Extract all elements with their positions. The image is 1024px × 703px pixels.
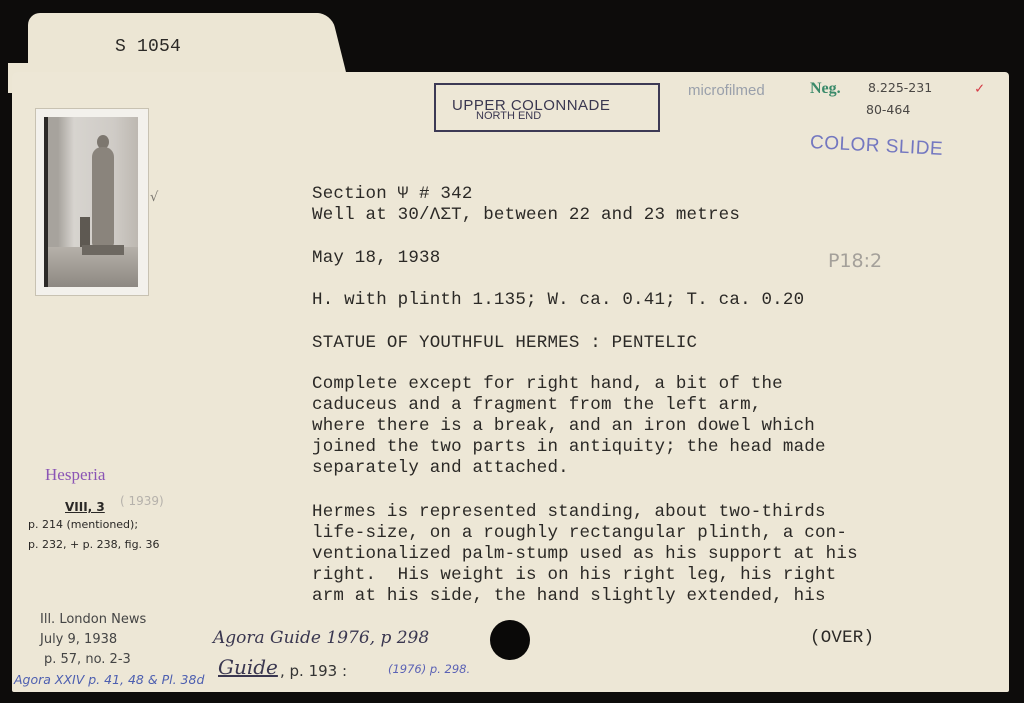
- date-line: May 18, 1938: [312, 248, 440, 269]
- findspot-line: Well at 30/ΛΣΤ, between 22 and 23 metres: [312, 205, 740, 226]
- condition-line: Complete except for right hand, a bit of…: [312, 374, 783, 395]
- photo-image: [44, 117, 138, 287]
- hesperia-stamp: Hesperia: [45, 465, 105, 485]
- agora-xxiv-reference: Agora XXIV p. 41, 48 & Pl. 38d: [14, 672, 204, 687]
- pencil-reference: P18:2: [828, 250, 882, 272]
- guide-page: , p. 193 :: [280, 662, 347, 680]
- check-icon: ✓: [975, 79, 984, 98]
- section-line: Section Ψ # 342: [312, 184, 473, 205]
- guide-1976-page: (1976) p. 298.: [388, 662, 470, 676]
- condition-line: joined the two parts in antiquity; the h…: [312, 437, 826, 458]
- pencil-check-icon: √: [150, 190, 158, 205]
- agora-guide-reference: Agora Guide 1976, p 298: [213, 628, 429, 648]
- description-line: Hermes is represented standing, about tw…: [312, 502, 826, 523]
- hesperia-pages-2: p. 232, + p. 238, fig. 36: [28, 538, 160, 551]
- dimensions-line: H. with plinth 1.135; W. ca. 0.41; T. ca…: [312, 290, 804, 311]
- description-line: right. His weight is on his right leg, h…: [312, 565, 836, 586]
- description-line: life-size, on a roughly rectangular plin…: [312, 523, 847, 544]
- hesperia-pages-1: p. 214 (mentioned);: [28, 518, 138, 531]
- microfilmed-stamp: microfilmed: [688, 82, 765, 99]
- statue-plinth: [82, 245, 124, 255]
- statue-body: [92, 147, 114, 247]
- negative-label: Neg.: [810, 80, 841, 98]
- condition-line: caduceus and a fragment from the left ar…: [312, 395, 761, 416]
- location-stamp: UPPER COLONNADE NORTH END: [434, 83, 660, 132]
- location-stamp-line2: NORTH END: [476, 110, 541, 122]
- iln-pages: p. 57, no. 2-3: [44, 652, 131, 667]
- statue-stump: [80, 217, 90, 247]
- object-title: STATUE OF YOUTHFUL HERMES : PENTELIC: [312, 333, 697, 354]
- condition-line: separately and attached.: [312, 458, 569, 479]
- catalog-number: S 1054: [115, 37, 181, 58]
- punch-hole: [490, 620, 530, 660]
- iln-date: July 9, 1938: [40, 632, 117, 647]
- negative-numbers-2: 80-464: [866, 102, 910, 117]
- description-line: ventionalized palm-stump used as his sup…: [312, 544, 858, 565]
- iln-title: Ill. London News: [40, 612, 146, 627]
- guide-label: Guide: [218, 655, 278, 679]
- hesperia-volume: VIII, 3: [65, 500, 105, 514]
- condition-line: where there is a break, and an iron dowe…: [312, 416, 815, 437]
- negative-numbers: 8.225-231: [868, 80, 932, 95]
- hesperia-year: ( 1939): [120, 494, 164, 508]
- over-label: (OVER): [810, 628, 874, 649]
- description-line: arm at his side, the hand slightly exten…: [312, 586, 826, 607]
- statue-photo: [35, 108, 149, 296]
